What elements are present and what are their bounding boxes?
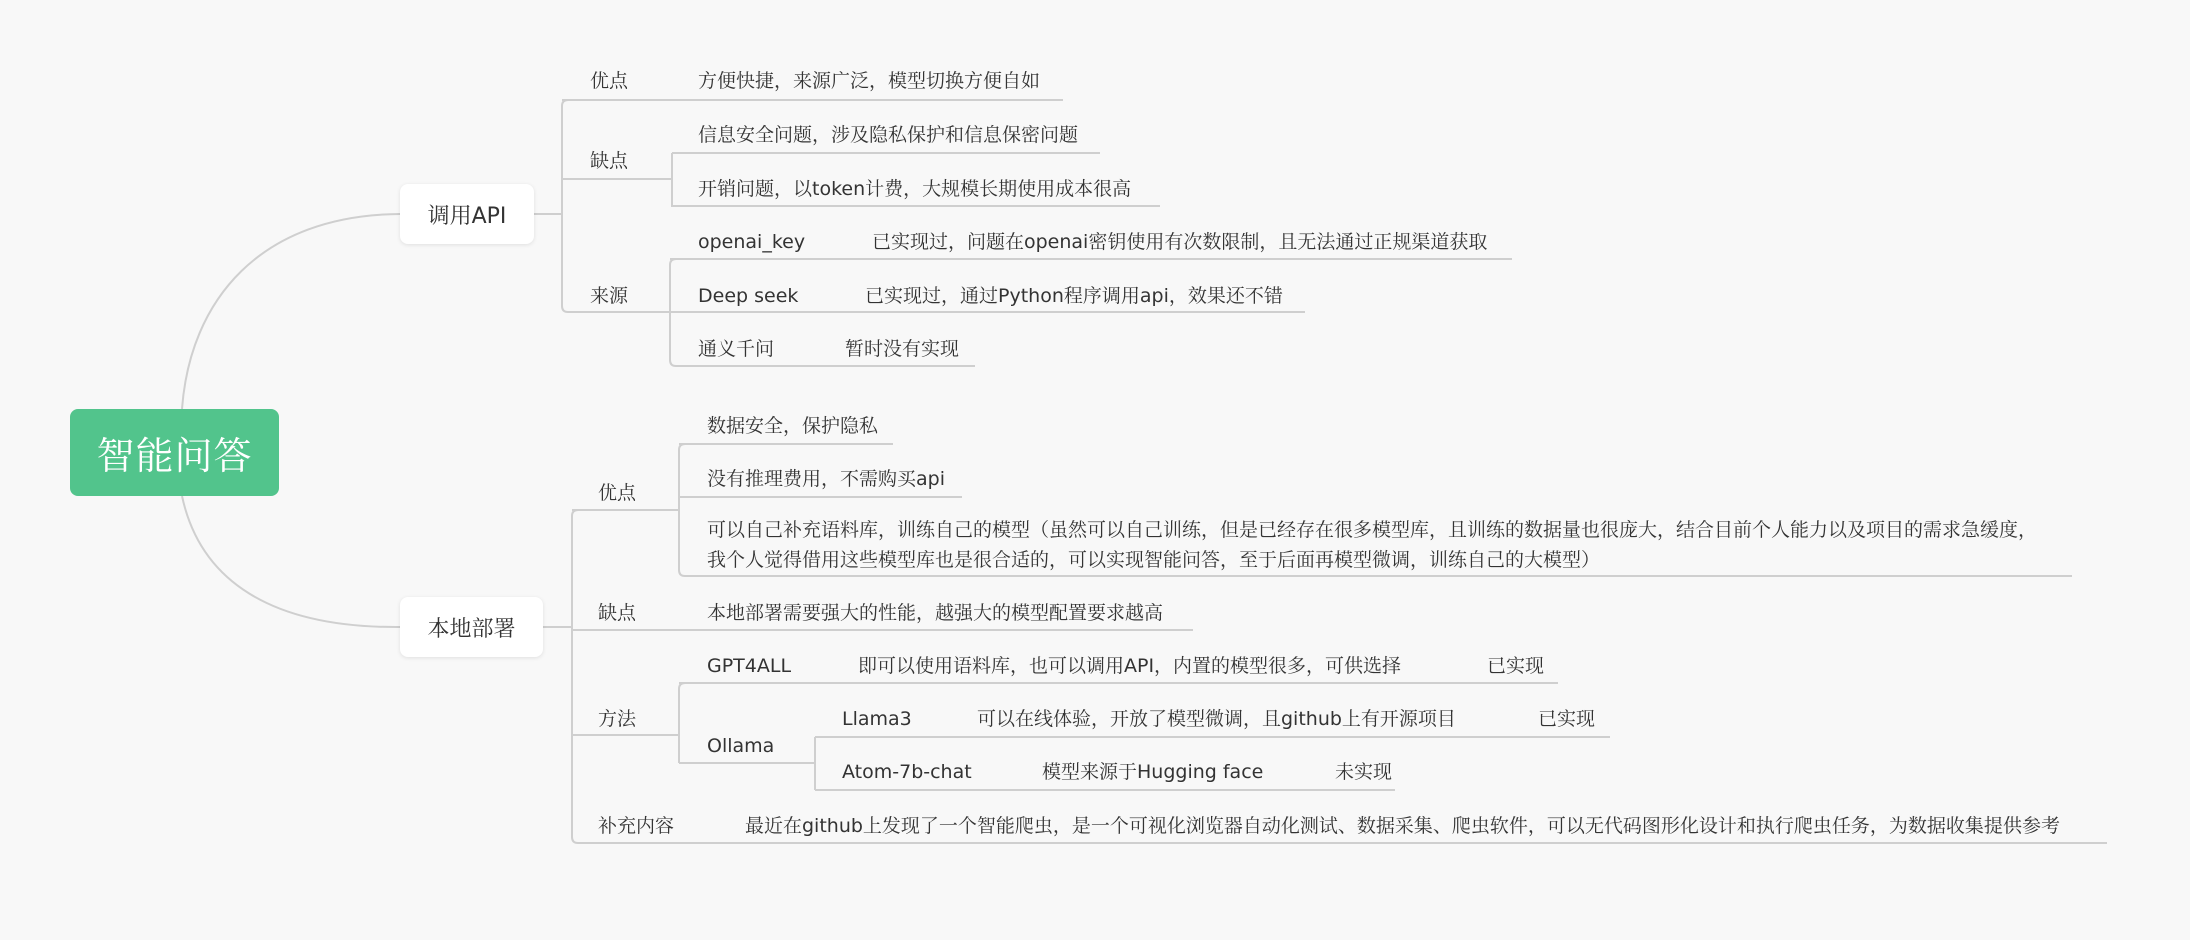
api-cons-item[interactable]: 开销问题，以token计费，大规模长期使用成本很高 bbox=[698, 176, 1131, 202]
ollama-model-llama3-note[interactable]: 可以在线体验，开放了模型微调，且github上有开源项目 bbox=[977, 706, 1456, 732]
ollama-model-atom-name[interactable]: Atom-7b-chat bbox=[842, 759, 972, 785]
connector-lines bbox=[0, 0, 2190, 940]
local-pros-item[interactable]: 没有推理费用，不需购买api bbox=[707, 466, 945, 492]
api-cons-item[interactable]: 信息安全问题，涉及隐私保护和信息保密问题 bbox=[698, 122, 1078, 148]
local-extra-label[interactable]: 补充内容 bbox=[598, 813, 674, 839]
api-sources-label[interactable]: 来源 bbox=[590, 283, 628, 309]
api-pros-item[interactable]: 方便快捷，来源广泛，模型切换方便自如 bbox=[698, 68, 1040, 94]
node-local-deploy[interactable]: 本地部署 bbox=[400, 597, 543, 657]
local-pros-item[interactable]: 可以自己补充语料库，训练自己的模型（虽然可以自己训练，但是已经存在很多模型库，且… bbox=[707, 515, 2047, 575]
local-cons-label[interactable]: 缺点 bbox=[598, 600, 636, 626]
api-pros-label[interactable]: 优点 bbox=[590, 68, 628, 94]
ollama-model-llama3-status[interactable]: 已实现 bbox=[1538, 706, 1595, 732]
source-note-deepseek[interactable]: 已实现过，通过Python程序调用api，效果还不错 bbox=[865, 283, 1283, 309]
source-name-openai[interactable]: openai_key bbox=[698, 229, 805, 255]
local-methods-label[interactable]: 方法 bbox=[598, 706, 636, 732]
local-extra-note[interactable]: 最近在github上发现了一个智能爬虫，是一个可视化浏览器自动化测试、数据采集、… bbox=[745, 813, 2060, 839]
ollama-model-atom-status[interactable]: 未实现 bbox=[1335, 759, 1392, 785]
local-pros-label[interactable]: 优点 bbox=[598, 480, 636, 506]
ollama-model-llama3-name[interactable]: Llama3 bbox=[842, 706, 912, 732]
method-gpt4all-status[interactable]: 已实现 bbox=[1487, 653, 1544, 679]
method-ollama-name[interactable]: Ollama bbox=[707, 733, 774, 759]
method-gpt4all-note[interactable]: 即可以使用语料库，也可以调用API，内置的模型很多，可供选择 bbox=[858, 653, 1401, 679]
source-note-tongyi[interactable]: 暂时没有实现 bbox=[845, 336, 959, 362]
source-name-deepseek[interactable]: Deep seek bbox=[698, 283, 798, 309]
local-pros-item[interactable]: 数据安全，保护隐私 bbox=[707, 413, 878, 439]
node-call-api[interactable]: 调用API bbox=[400, 184, 534, 244]
source-note-openai[interactable]: 已实现过，问题在openai密钥使用有次数限制，且无法通过正规渠道获取 bbox=[872, 229, 1487, 255]
ollama-model-atom-note[interactable]: 模型来源于Hugging face bbox=[1042, 759, 1263, 785]
api-cons-label[interactable]: 缺点 bbox=[590, 148, 628, 174]
source-name-tongyi[interactable]: 通义千问 bbox=[698, 336, 774, 362]
method-gpt4all-name[interactable]: GPT4ALL bbox=[707, 653, 791, 679]
local-cons-item[interactable]: 本地部署需要强大的性能，越强大的模型配置要求越高 bbox=[707, 600, 1163, 626]
root-node[interactable]: 智能问答 bbox=[70, 409, 279, 496]
